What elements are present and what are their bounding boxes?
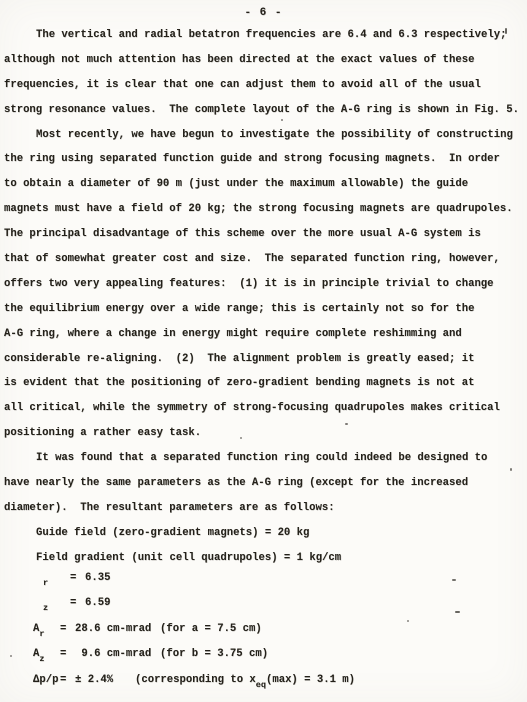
equals-sign: = (60, 674, 75, 686)
equals-sign: = (60, 623, 75, 635)
text-line: have nearly the same parameters as the A… (4, 471, 527, 496)
text-line: positioning a rather easy task. (4, 421, 527, 446)
scanned-document-page: - 6 - The vertical and radial betatron f… (0, 0, 527, 702)
text-line: is evident that the positioning of zero-… (4, 371, 527, 396)
text-line: to obtain a diameter of 90 m (just under… (4, 172, 527, 197)
parameter-list: r = 6.35 z = 6.59 Ar = 28.6 cm-mrad (for… (0, 572, 527, 700)
parameter-symbol: z (33, 597, 70, 611)
text-line: diameter). The resultant parameters are … (4, 496, 527, 521)
parameter-note: (for b = 3.75 cm) (160, 648, 268, 660)
parameter-line: Ar = 28.6 cm-mrad (for a = 7.5 cm) (33, 623, 527, 649)
text-line: Most recently, we have begun to investig… (4, 123, 527, 148)
parameter-line: r = 6.35 (33, 572, 527, 598)
scan-speck (455, 611, 460, 613)
text-line: Field gradient (unit cell quadrupoles) =… (4, 546, 527, 571)
parameter-symbol: r (33, 572, 70, 586)
text-line: offers two very appealing features: (1) … (4, 272, 527, 297)
text-line: Guide field (zero-gradient magnets) = 20… (4, 521, 527, 546)
parameter-symbol: Az (33, 648, 60, 662)
text-line: A-G ring, where a change in energy might… (4, 322, 527, 347)
parameter-note: (corresponding to xeq(max) = 3.1 m) (135, 674, 355, 688)
scan-speck (240, 437, 242, 439)
parameter-line: z = 6.59 (33, 597, 527, 623)
text-line: the equilibrium energy over a wide range… (4, 297, 527, 322)
parameter-value: 9.6 cm-mrad (75, 648, 160, 660)
text-line: frequencies, it is clear that one can ad… (4, 73, 527, 98)
scan-speck (510, 468, 512, 471)
scan-speck (345, 423, 348, 425)
scan-speck (452, 579, 456, 581)
text-line: strong resonance values. The complete la… (4, 98, 527, 123)
text-line: It was found that a separated function r… (4, 446, 527, 471)
parameter-note: (for a = 7.5 cm) (160, 623, 262, 635)
text-line: The principal disadvantage of this schem… (4, 222, 527, 247)
parameter-line: Δp/p = ± 2.4% (corresponding to xeq(max)… (33, 674, 527, 700)
parameter-value: ± 2.4% (75, 674, 135, 686)
page-number: - 6 - (0, 7, 527, 19)
parameter-symbol: Ar (33, 623, 60, 637)
scan-speck (281, 119, 283, 121)
scan-speck (407, 620, 409, 622)
text-line: all critical, while the symmetry of stro… (4, 396, 527, 421)
equals-sign: = (70, 597, 85, 609)
body-text: The vertical and radial betatron frequen… (0, 23, 527, 571)
scan-speck (505, 28, 507, 34)
text-line: that of somewhat greater cost and size. … (4, 247, 527, 272)
text-line: the ring using separated function guide … (4, 147, 527, 172)
equals-sign: = (60, 648, 75, 660)
text-line: The vertical and radial betatron frequen… (4, 23, 527, 48)
parameter-symbol: Δp/p (33, 674, 60, 688)
parameter-value: 6.35 (85, 572, 170, 584)
scan-speck (236, 210, 238, 212)
parameter-value: 28.6 cm-mrad (75, 623, 160, 635)
text-line: although not much attention has been dir… (4, 48, 527, 73)
text-line: magnets must have a field of 20 kg; the … (4, 197, 527, 222)
parameter-value: 6.59 (85, 597, 170, 609)
text-line: considerable re-aligning. (2) The alignm… (4, 347, 527, 372)
parameter-line: Az = 9.6 cm-mrad (for b = 3.75 cm) (33, 648, 527, 674)
equals-sign: = (70, 572, 85, 584)
scan-speck (10, 655, 12, 657)
